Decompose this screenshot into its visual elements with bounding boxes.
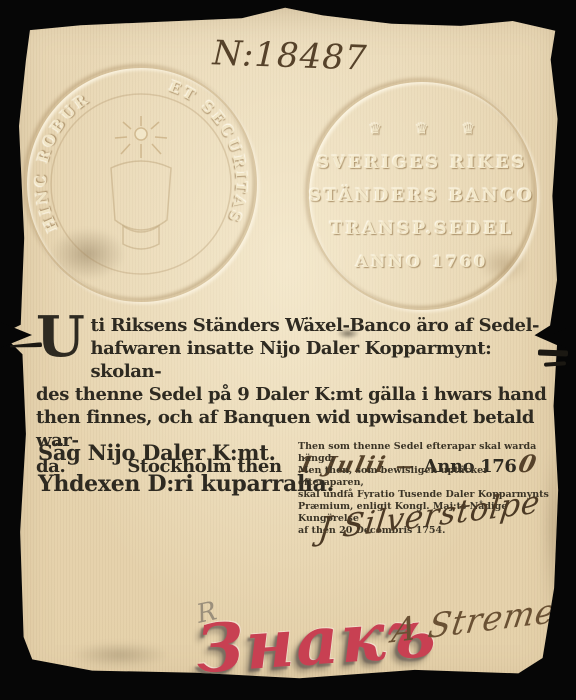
- svg-text:HINC ROBUR ET SECURI: HINC ROBUR ET SECURITAS: [32, 77, 250, 254]
- seal-left-art: HINC ROBUR ET SECURITAS: [27, 68, 255, 300]
- seal-right-line3: TRANSP.SEDEL: [330, 219, 515, 239]
- banknote-paper: N:18487: [0, 0, 576, 700]
- drop-cap-initial: U: [36, 315, 84, 361]
- seal-right-line1: SVERIGES RIKES: [317, 153, 527, 173]
- warning-line: Men then, som bewisligen uptäcker eftera…: [298, 465, 550, 489]
- warning-line: Then som thenne Sedel efterapar skal war…: [298, 441, 550, 465]
- coat-of-arms-icon: [111, 161, 171, 249]
- seal-right-line4: ANNO 1760: [356, 252, 489, 271]
- denomination-block: Säg Nijo Daler K:mt. Yhdexen D:ri kuparr…: [38, 440, 334, 497]
- seal-motto-left: HINC ROBUR: [32, 89, 94, 234]
- fold-crease: [0, 0, 576, 10]
- sun-rays-icon: [115, 116, 167, 158]
- body-line-1: ti Riksens Ständers Wäxel-Banco äro af S…: [36, 314, 550, 337]
- stain-blot: [55, 638, 185, 672]
- embossed-seal-right: ♛ ♛ ♛ SVERIGES RIKES STÄNDERS BANCO TRAN…: [307, 80, 537, 310]
- denomination-finnish: Yhdexen D:ri kuparraha.: [38, 471, 334, 497]
- seal-right-line2: STÄNDERS BANCO: [309, 186, 535, 206]
- seal-motto-right: ET SECURITAS: [166, 77, 250, 227]
- banknote-photo: N:18487: [0, 0, 576, 700]
- body-line-2: hafwaren insatte Nijo Daler Kopparmynt: …: [36, 337, 550, 383]
- body-line-3: des thenne Sedel på 9 Daler K:mt gälla i…: [36, 383, 550, 406]
- ink-dash-right: [544, 361, 566, 367]
- denomination-swedish: Säg Nijo Daler K:mt.: [38, 440, 334, 465]
- three-crowns-icon: ♛ ♛ ♛: [369, 120, 490, 138]
- ink-dash-right: [538, 349, 568, 356]
- embossed-seal-left: HINC ROBUR ET SECURITAS: [25, 66, 257, 302]
